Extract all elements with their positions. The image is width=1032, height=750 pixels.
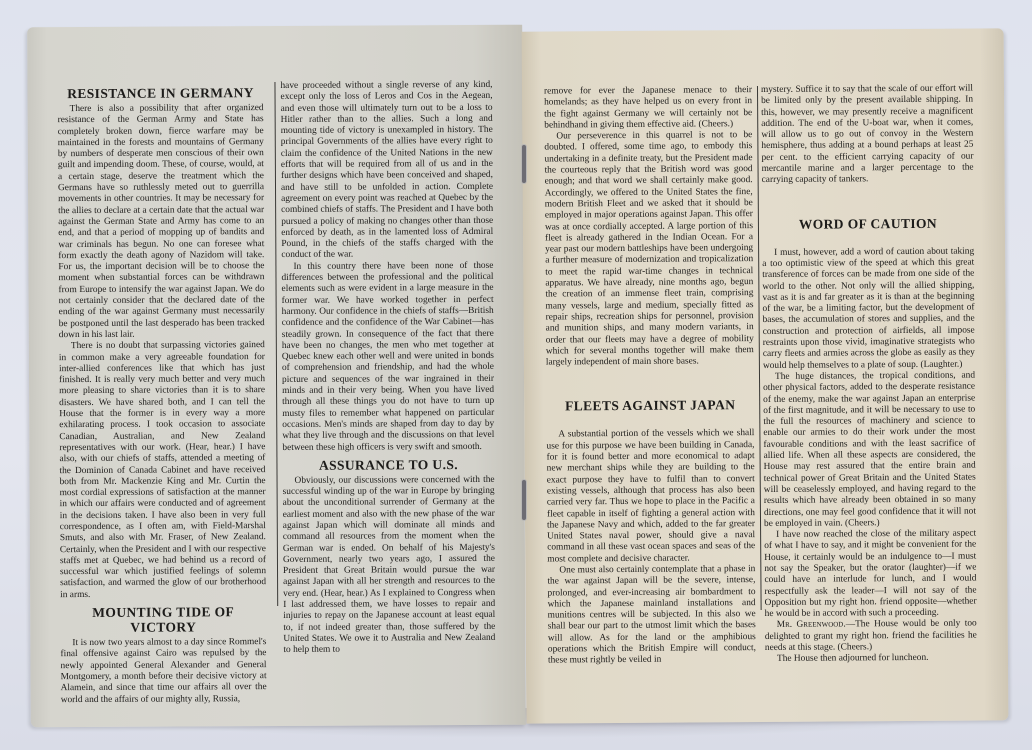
paragraph: One must also certainly contemplate that… [547, 564, 756, 667]
paragraph: There is also a possibility that after o… [58, 103, 265, 341]
paragraph: I must, however, add a word of caution a… [762, 246, 975, 372]
paragraph: have proceeded without a single reverse … [280, 80, 493, 262]
paragraph: Obviously, our discussions were concerne… [283, 475, 496, 657]
heading-fleets-against-japan: FLEETS AGAINST JAPAN [546, 397, 754, 413]
binding-staple-top [522, 145, 526, 183]
paragraph: mystery. Suffice it to say that the scal… [761, 84, 974, 187]
right-page-column-2: mystery. Suffice it to say that the scal… [761, 84, 977, 666]
heading-assurance-to-us: ASSURANCE TO U.S. [282, 457, 494, 473]
paragraph: In this country there have been none of … [281, 261, 494, 454]
heading-mounting-tide-of-victory: MOUNTING TIDE OF VICTORY [60, 604, 266, 635]
binding-staple-bottom [522, 480, 526, 520]
left-page-column-1: RESISTANCE IN GERMANY There is also a po… [57, 81, 266, 706]
speaker-name: Mr. Greenwood. [777, 620, 846, 630]
right-page: remove for ever the Japanese menace to t… [522, 28, 1009, 723]
heading-resistance-in-germany: RESISTANCE IN GERMANY [57, 85, 263, 101]
paragraph: It is now two years almost to a day sinc… [60, 637, 266, 706]
paragraph: Our perseverence in this quarrel is not … [544, 130, 754, 369]
left-page: RESISTANCE IN GERMANY There is also a po… [27, 25, 526, 728]
paragraph: I have now reached the close of the mili… [764, 529, 977, 621]
paragraph: The huge distances, the tropical conditi… [763, 370, 976, 530]
paragraph: There is no doubt that surpassing victor… [59, 340, 266, 601]
paragraph: The House then adjourned for luncheon. [765, 653, 977, 666]
heading-word-of-caution: WORD OF CAUTION [762, 215, 974, 231]
paragraph: A substantial portion of the vessels whi… [546, 428, 755, 565]
paragraph: remove for ever the Japanese menace to t… [544, 85, 752, 132]
right-page-column-1: remove for ever the Japanese menace to t… [544, 85, 756, 667]
column-divider [274, 82, 278, 606]
left-page-column-2: have proceeded without a single reverse … [280, 80, 495, 657]
paragraph-greenwood: Mr. Greenwood.—The House would be only t… [765, 619, 977, 654]
